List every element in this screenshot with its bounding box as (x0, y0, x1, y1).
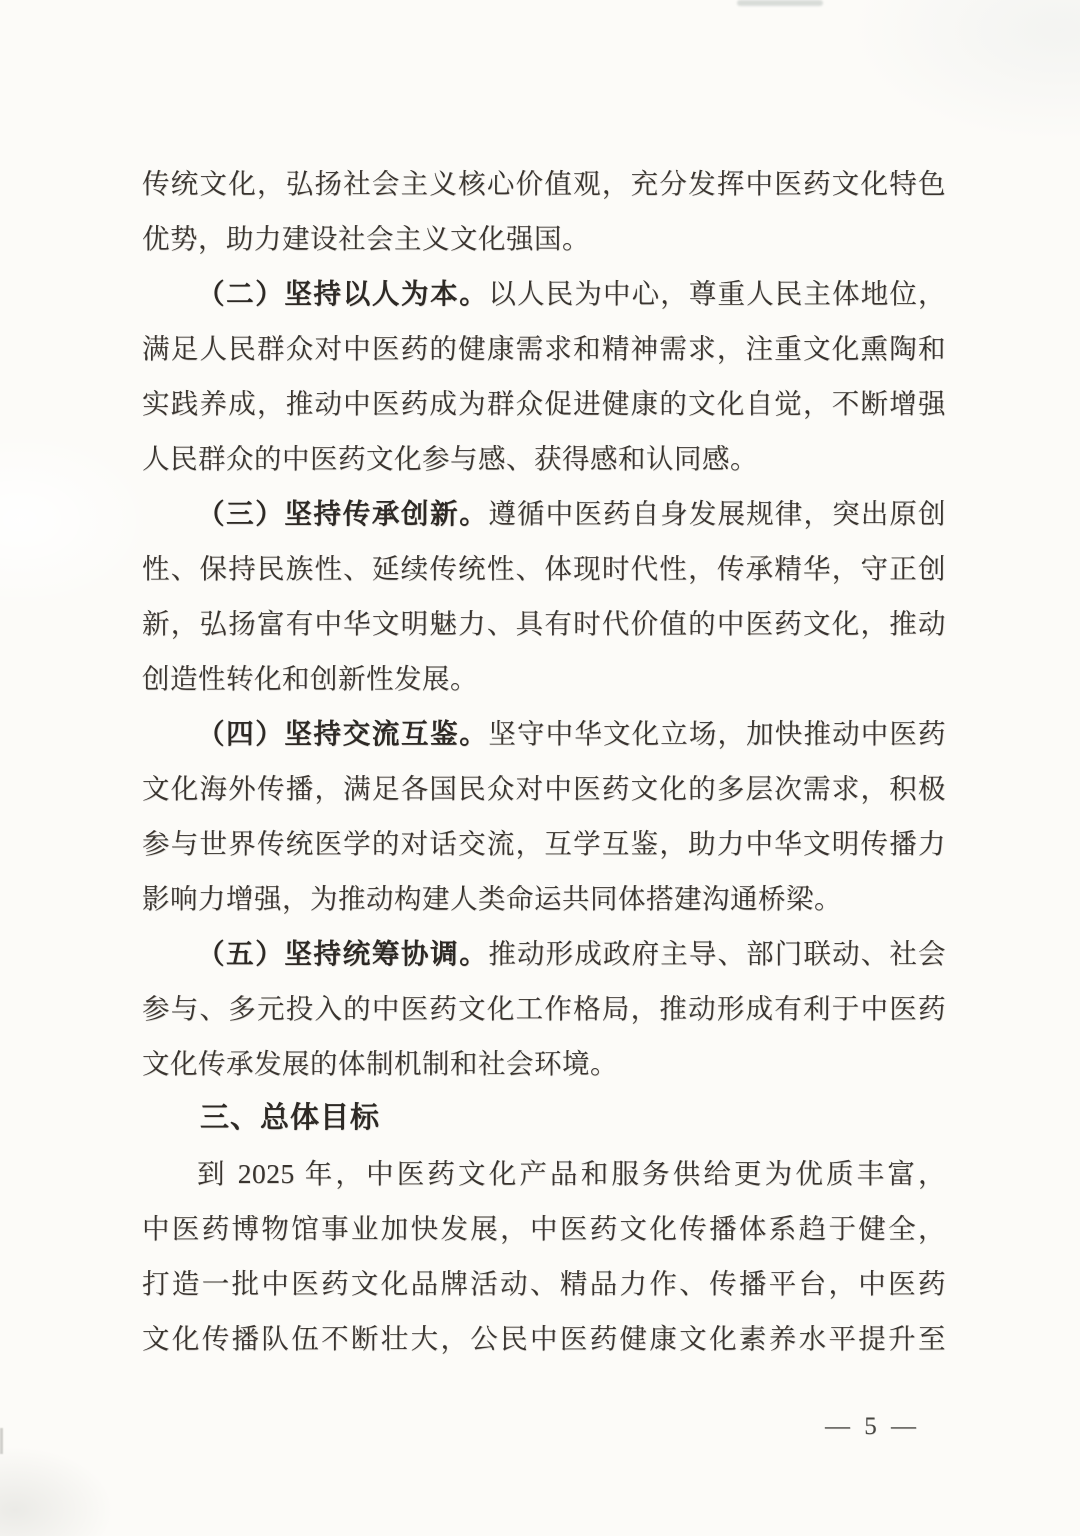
line-text: 文化海外传播，满足各国民众对中医药文化的多层次需求，积极 (142, 773, 946, 804)
text-line: 传统文化，弘扬社会主义核心价值观，充分发挥中医药文化特色 (142, 156, 946, 211)
text-line: 文化传承发展的体制机制和社会环境。 (142, 1036, 946, 1091)
document-body: 传统文化，弘扬社会主义核心价值观，充分发挥中医药文化特色 优势，助力建设社会主义… (142, 156, 946, 1366)
text-line: 打造一批中医药文化品牌活动、精品力作、传播平台，中医药 (142, 1256, 946, 1311)
line-text: 推动形成政府主导、部门联动、社会 (488, 938, 946, 969)
text-line: 参与世界传统医学的对话交流，互学互鉴，助力中华文明传播力 (142, 816, 946, 871)
line-text: 以人民为中心，尊重人民主体地位， (488, 278, 946, 309)
paragraph-lead: （二）坚持以人为本。 (197, 278, 488, 309)
text-line: 人民群众的中医药文化参与感、获得感和认同感。 (142, 431, 946, 486)
line-text: 遵循中医药自身发展规律，突出原创 (488, 498, 946, 529)
line-text: 满足人民群众对中医药的健康需求和精神需求，注重文化熏陶和 (142, 333, 946, 364)
line-text: 人民群众的中医药文化参与感、获得感和认同感。 (142, 443, 758, 474)
section-heading: 三、总体目标 (142, 1091, 946, 1146)
text-line: 优势，助力建设社会主义文化强国。 (142, 211, 946, 266)
text-line: 参与、多元投入的中医药文化工作格局，推动形成有利于中医药 (142, 981, 946, 1036)
text-line: 中医药博物馆事业加快发展，中医药文化传播体系趋于健全， (142, 1201, 946, 1256)
line-text: 影响力增强，为推动构建人类命运共同体搭建沟通桥梁。 (142, 883, 842, 914)
paragraph-lead: （四）坚持交流互鉴。 (197, 718, 488, 749)
text-line: （四）坚持交流互鉴。坚守中华文化立场，加快推动中医药 (142, 706, 946, 761)
line-text: 创造性转化和创新性发展。 (142, 663, 478, 694)
paragraph-lead: （五）坚持统筹协调。 (197, 938, 488, 969)
line-text: 文化传承发展的体制机制和社会环境。 (142, 1048, 618, 1079)
page-number: — 5 — (825, 1413, 920, 1441)
line-text: 实践养成，推动中医药成为群众促进健康的文化自觉，不断增强 (142, 388, 946, 419)
paragraph-lead: （三）坚持传承创新。 (197, 498, 488, 529)
text-line: 实践养成，推动中医药成为群众促进健康的文化自觉，不断增强 (142, 376, 946, 431)
section-heading-text: 三、总体目标 (200, 1102, 380, 1134)
line-text: 参与世界传统医学的对话交流，互学互鉴，助力中华文明传播力 (142, 828, 946, 859)
line-text: 打造一批中医药文化品牌活动、精品力作、传播平台，中医药 (142, 1268, 946, 1299)
line-text: 优势，助力建设社会主义文化强国。 (142, 223, 590, 254)
text-line: （二）坚持以人为本。以人民为中心，尊重人民主体地位， (142, 266, 946, 321)
line-text: 文化传播队伍不断壮大，公民中医药健康文化素养水平提升至 (142, 1323, 946, 1354)
text-line: （五）坚持统筹协调。推动形成政府主导、部门联动、社会 (142, 926, 946, 981)
line-text: 坚守中华文化立场，加快推动中医药 (488, 718, 946, 749)
text-line: （三）坚持传承创新。遵循中医药自身发展规律，突出原创 (142, 486, 946, 541)
scanned-document-page: 传统文化，弘扬社会主义核心价值观，充分发挥中医药文化特色 优势，助力建设社会主义… (0, 0, 1080, 1536)
line-text: 参与、多元投入的中医药文化工作格局，推动形成有利于中医药 (142, 993, 946, 1024)
line-text: 中医药博物馆事业加快发展，中医药文化传播体系趋于健全， (142, 1213, 946, 1244)
line-text: 到 2025 年，中医药文化产品和服务供给更为优质丰富， (197, 1158, 946, 1189)
scan-artifact-edge-speck (0, 1428, 3, 1454)
text-line: 性、保持民族性、延续传统性、体现时代性，传承精华，守正创 (142, 541, 946, 596)
text-line: 文化海外传播，满足各国民众对中医药文化的多层次需求，积极 (142, 761, 946, 816)
text-line: 创造性转化和创新性发展。 (142, 651, 946, 706)
scan-artifact-top-streak (737, 0, 823, 6)
line-text: 传统文化，弘扬社会主义核心价值观，充分发挥中医药文化特色 (142, 168, 946, 199)
text-line: 文化传播队伍不断壮大，公民中医药健康文化素养水平提升至 (142, 1311, 946, 1366)
text-line: 新，弘扬富有中华文明魅力、具有时代价值的中医药文化，推动 (142, 596, 946, 651)
line-text: 新，弘扬富有中华文明魅力、具有时代价值的中医药文化，推动 (142, 608, 946, 639)
text-line: 到 2025 年，中医药文化产品和服务供给更为优质丰富， (142, 1146, 946, 1201)
text-line: 影响力增强，为推动构建人类命运共同体搭建沟通桥梁。 (142, 871, 946, 926)
line-text: 性、保持民族性、延续传统性、体现时代性，传承精华，守正创 (142, 553, 946, 584)
text-line: 满足人民群众对中医药的健康需求和精神需求，注重文化熏陶和 (142, 321, 946, 376)
